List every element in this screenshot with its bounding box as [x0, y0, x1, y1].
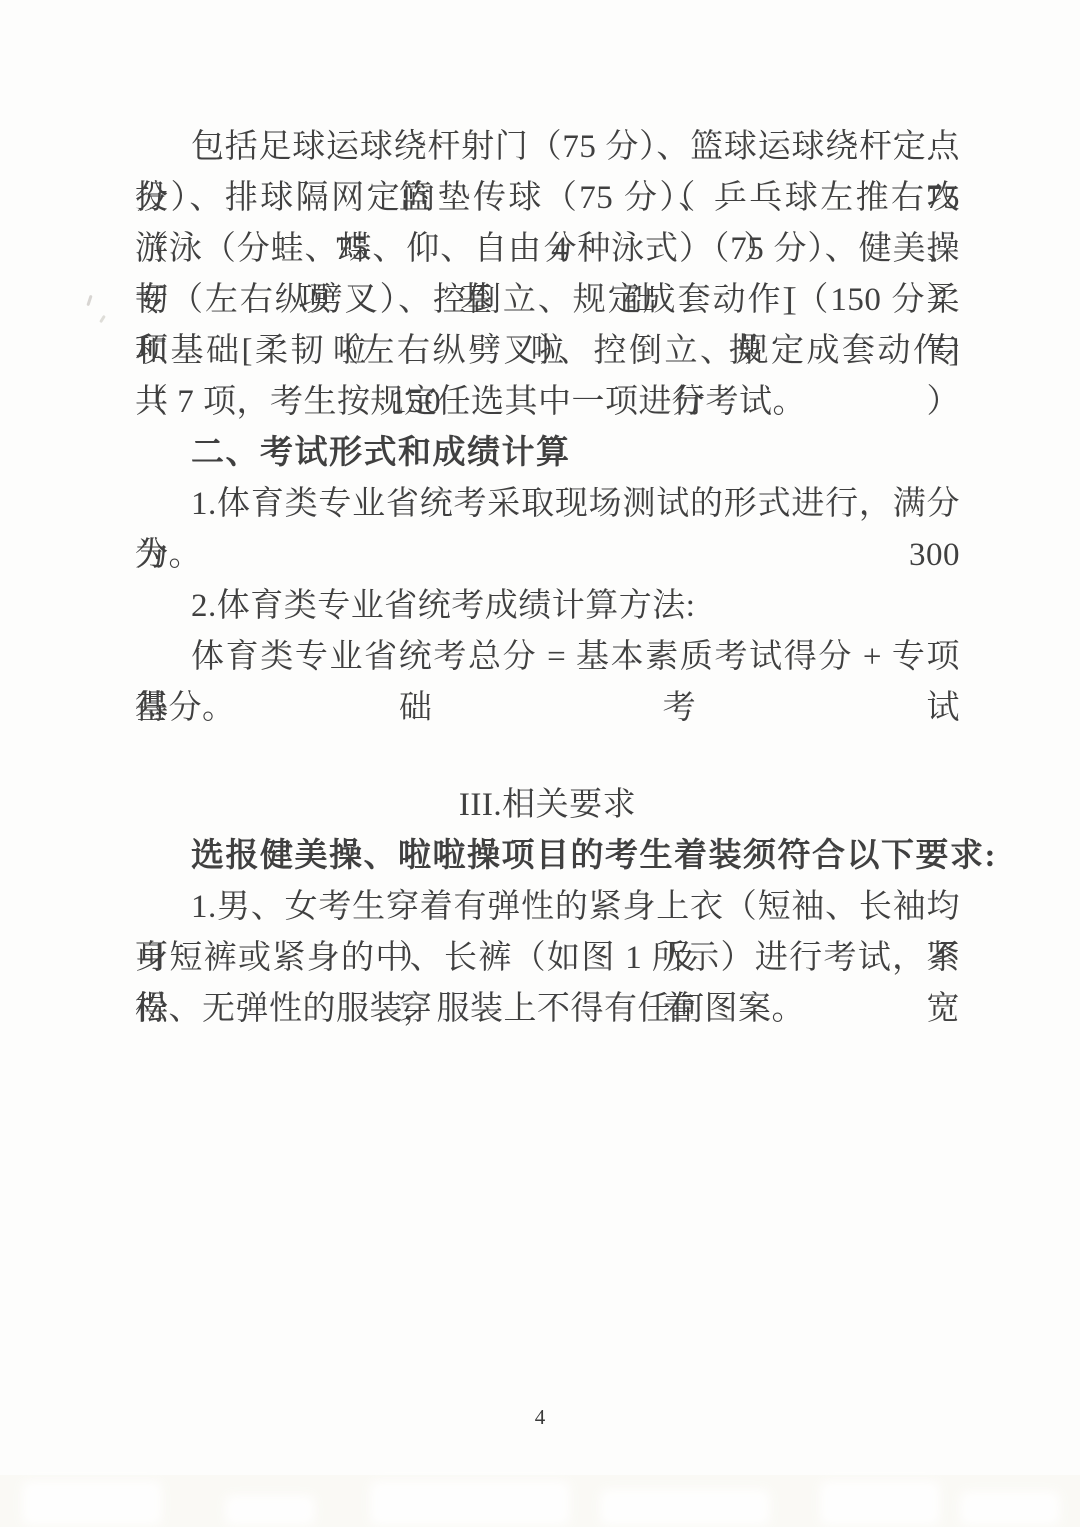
scan-artifact-mark [99, 315, 106, 323]
document-body-text: 包括足球运球绕杆射门（75 分）、篮球运球绕杆定点投篮（75分）、排球隔网定向垫… [135, 122, 960, 1035]
paragraph-line: 游泳（分蛙、蝶、仰、自由 4 种泳式）（75 分）、健美操专项基础[柔 [135, 224, 960, 275]
section-heading: 二、考试形式和成绩计算 [135, 428, 960, 479]
paragraph-line: 韧（左右纵劈叉）、控倒立、规定成套动作]（150 分）和啦啦操专 [135, 275, 960, 326]
paragraph-line: 体育类专业省统考总分 = 基本素质考试得分 + 专项基础考试 [135, 632, 960, 683]
document-page: 包括足球运球绕杆射门（75 分）、篮球运球绕杆定点投篮（75分）、排球隔网定向垫… [0, 0, 1080, 1527]
bottom-scan-smudge [0, 1475, 1080, 1527]
paragraph-line: 项基础[柔韧（左右纵劈叉）、控倒立、规定成套动作]（150 分） [135, 326, 960, 377]
requirements-heading: 选报健美操、啦啦操项目的考生着装须符合以下要求: [135, 831, 960, 882]
chapter-heading: III.相关要求 [135, 780, 960, 831]
page-number: 4 [0, 1405, 1080, 1430]
smudge-blob [820, 1481, 940, 1525]
scan-artifact-mark [86, 295, 92, 306]
smudge-blob [600, 1489, 770, 1525]
smudge-blob [225, 1495, 315, 1525]
smudge-blob [370, 1481, 570, 1525]
paragraph-line: 2.体育类专业省统考成绩计算方法: [135, 581, 960, 632]
paragraph-line: 身短裤或紧身的中、长裤（如图 1 所示）进行考试，不得穿着宽 [135, 933, 960, 984]
paragraph-line: 分）、排球隔网定向垫传球（75 分）、乒乓球左推右攻（75 分）、 [135, 173, 960, 224]
paragraph-line: 包括足球运球绕杆射门（75 分）、篮球运球绕杆定点投篮（75 [135, 122, 960, 173]
smudge-blob [22, 1481, 162, 1525]
paragraph-line: 1.男、女考生穿着有弹性的紧身上衣（短袖、长袖均可）及紧 [135, 882, 960, 933]
smudge-blob [960, 1491, 1060, 1525]
paragraph-line: 1.体育类专业省统考采取现场测试的形式进行，满分为 300 [135, 479, 960, 530]
